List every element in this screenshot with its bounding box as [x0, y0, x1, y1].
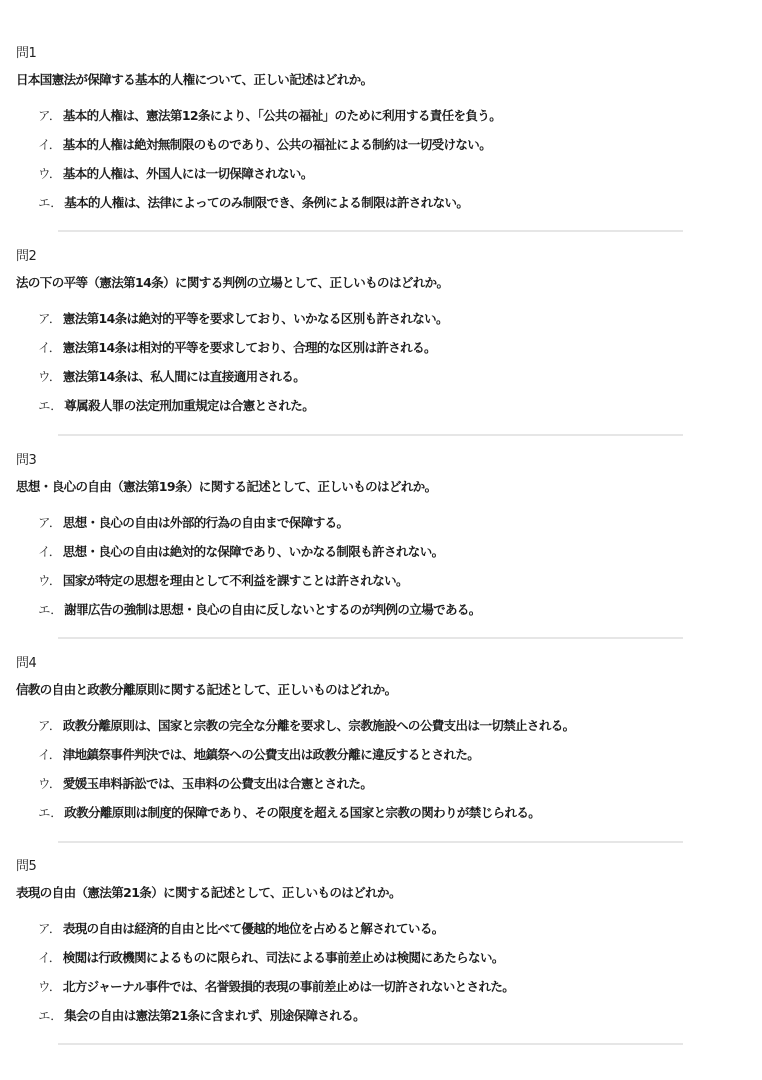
option-e: エ．集会の自由は憲法第21条に含まれず、別途保障される。	[38, 1008, 514, 1037]
option-u: ウ．憲法第14条は、私人間には直接適用される。	[38, 369, 448, 398]
question-text: 日本国憲法が保障する基本的人権について、正しい記述はどれか。	[16, 72, 373, 88]
option-text: 思想・良心の自由は絶対的な保障であり、いかなる制限も許されない。	[63, 544, 444, 559]
question-text: 信教の自由と政教分離原則に関する記述として、正しいものはどれか。	[16, 682, 397, 698]
option-text: 検閲は行政機関によるものに限られ、司法による事前差止めは検閲にあたらない。	[63, 950, 504, 965]
option-text: 尊属殺人罪の法定刑加重規定は合憲とされた。	[64, 398, 314, 413]
option-text: 憲法第14条は相対的平等を要求しており、合理的な区別は許される。	[63, 340, 436, 355]
option-u: ウ．北方ジャーナル事件では、名誉毀損的表現の事前差止めは一切許されないとされた。	[38, 979, 514, 1008]
option-list: ア．政教分離原則は、国家と宗教の完全な分離を要求し、宗教施設への公費支出は一切禁…	[38, 718, 575, 834]
option-a: ア．憲法第14条は絶対的平等を要求しており、いかなる区別も許されない。	[38, 311, 448, 340]
option-list: ア．思想・良心の自由は外部的行為の自由まで保障する。 イ．思想・良心の自由は絶対…	[38, 515, 481, 631]
option-label: ア．	[38, 311, 61, 326]
section-divider	[58, 434, 683, 436]
option-text: 思想・良心の自由は外部的行為の自由まで保障する。	[63, 515, 349, 530]
option-label: ア．	[38, 718, 61, 733]
option-a: ア．基本的人権は、憲法第12条により、「公共の福祉」のために利用する責任を負う。	[38, 108, 501, 137]
option-label: イ．	[38, 950, 61, 965]
option-text: 基本的人権は、法律によってのみ制限でき、条例による制限は許されない。	[64, 195, 468, 210]
option-label: イ．	[38, 544, 61, 559]
option-text: 基本的人権は、憲法第12条により、「公共の福祉」のために利用する責任を負う。	[63, 108, 501, 123]
option-label: イ．	[38, 340, 61, 355]
option-text: 憲法第14条は絶対的平等を要求しており、いかなる区別も許されない。	[63, 311, 448, 326]
option-list: ア．表現の自由は経済的自由と比べて優越的地位を占めると解されている。 イ．検閲は…	[38, 921, 514, 1037]
option-e: エ．尊属殺人罪の法定刑加重規定は合憲とされた。	[38, 398, 448, 427]
section-divider	[58, 637, 683, 639]
option-label: イ．	[38, 747, 61, 762]
option-label: ウ．	[38, 979, 61, 994]
option-a: ア．思想・良心の自由は外部的行為の自由まで保障する。	[38, 515, 481, 544]
option-text: 政教分離原則は、国家と宗教の完全な分離を要求し、宗教施設への公費支出は一切禁止さ…	[63, 718, 575, 733]
option-text: 謝罪広告の強制は思想・良心の自由に反しないとするのが判例の立場である。	[64, 602, 481, 617]
option-text: 集会の自由は憲法第21条に含まれず、別途保障される。	[64, 1008, 365, 1023]
question-text: 思想・良心の自由（憲法第19条）に関する記述として、正しいものはどれか。	[16, 479, 437, 495]
option-text: 基本的人権は、外国人には一切保障されない。	[63, 166, 313, 181]
option-label: ウ．	[38, 776, 61, 791]
option-label: ア．	[38, 515, 61, 530]
option-text: 愛媛玉串料訴訟では、玉串料の公費支出は合憲とされた。	[63, 776, 372, 791]
option-label: ウ．	[38, 166, 61, 181]
option-e: エ．基本的人権は、法律によってのみ制限でき、条例による制限は許されない。	[38, 195, 501, 224]
option-a: ア．政教分離原則は、国家と宗教の完全な分離を要求し、宗教施設への公費支出は一切禁…	[38, 718, 575, 747]
question-text: 表現の自由（憲法第21条）に関する記述として、正しいものはどれか。	[16, 885, 401, 901]
option-a: ア．表現の自由は経済的自由と比べて優越的地位を占めると解されている。	[38, 921, 514, 950]
option-label: エ．	[38, 805, 62, 820]
option-list: ア．基本的人権は、憲法第12条により、「公共の福祉」のために利用する責任を負う。…	[38, 108, 501, 224]
option-e: エ．謝罪広告の強制は思想・良心の自由に反しないとするのが判例の立場である。	[38, 602, 481, 631]
option-label: エ．	[38, 398, 62, 413]
section-divider	[58, 1043, 683, 1045]
question-heading: 問3	[16, 453, 36, 469]
option-i: イ．憲法第14条は相対的平等を要求しており、合理的な区別は許される。	[38, 340, 448, 369]
option-i: イ．津地鎮祭事件判決では、地鎮祭への公費支出は政教分離に違反するとされた。	[38, 747, 575, 776]
option-i: イ．検閲は行政機関によるものに限られ、司法による事前差止めは検閲にあたらない。	[38, 950, 514, 979]
option-label: エ．	[38, 195, 62, 210]
option-text: 北方ジャーナル事件では、名誉毀損的表現の事前差止めは一切許されないとされた。	[63, 979, 514, 994]
option-text: 憲法第14条は、私人間には直接適用される。	[63, 369, 305, 384]
option-text: 国家が特定の思想を理由として不利益を課すことは許されない。	[63, 573, 408, 588]
section-divider	[58, 841, 683, 843]
option-i: イ．基本的人権は絶対無制限のものであり、公共の福祉による制約は一切受けない。	[38, 137, 501, 166]
option-u: ウ．愛媛玉串料訴訟では、玉串料の公費支出は合憲とされた。	[38, 776, 575, 805]
option-u: ウ．国家が特定の思想を理由として不利益を課すことは許されない。	[38, 573, 481, 602]
section-divider	[58, 230, 683, 232]
question-heading: 問1	[16, 46, 36, 62]
option-i: イ．思想・良心の自由は絶対的な保障であり、いかなる制限も許されない。	[38, 544, 481, 573]
option-label: ア．	[38, 108, 61, 123]
option-text: 表現の自由は経済的自由と比べて優越的地位を占めると解されている。	[63, 921, 444, 936]
option-text: 政教分離原則は制度的保障であり、その限度を超える国家と宗教の関わりが禁じられる。	[64, 805, 540, 820]
option-label: エ．	[38, 1008, 62, 1023]
option-label: イ．	[38, 137, 61, 152]
option-label: ア．	[38, 921, 61, 936]
option-text: 津地鎮祭事件判決では、地鎮祭への公費支出は政教分離に違反するとされた。	[63, 747, 480, 762]
option-e: エ．政教分離原則は制度的保障であり、その限度を超える国家と宗教の関わりが禁じられ…	[38, 805, 575, 834]
question-heading: 問4	[16, 656, 36, 672]
option-list: ア．憲法第14条は絶対的平等を要求しており、いかなる区別も許されない。 イ．憲法…	[38, 311, 448, 427]
option-label: ウ．	[38, 573, 61, 588]
option-u: ウ．基本的人権は、外国人には一切保障されない。	[38, 166, 501, 195]
option-text: 基本的人権は絶対無制限のものであり、公共の福祉による制約は一切受けない。	[63, 137, 491, 152]
option-label: エ．	[38, 602, 62, 617]
option-label: ウ．	[38, 369, 61, 384]
question-heading: 問5	[16, 859, 36, 875]
question-text: 法の下の平等（憲法第14条）に関する判例の立場として、正しいものはどれか。	[16, 275, 448, 291]
question-heading: 問2	[16, 249, 36, 265]
